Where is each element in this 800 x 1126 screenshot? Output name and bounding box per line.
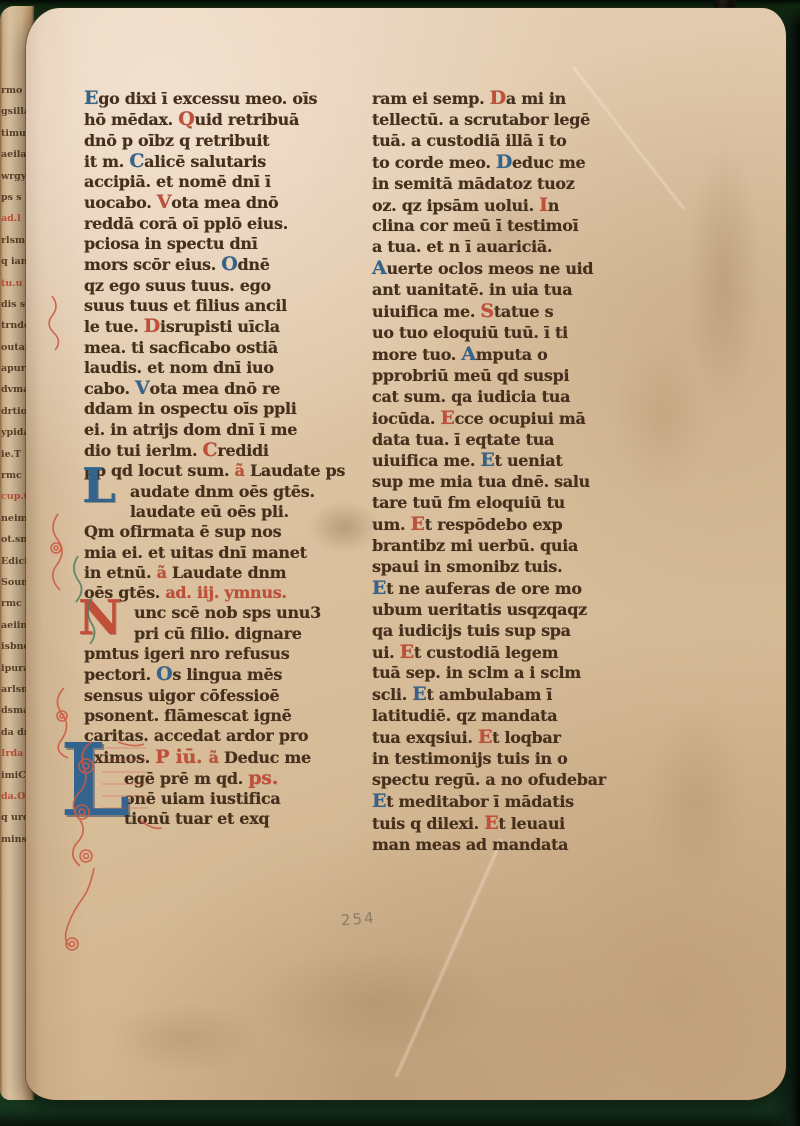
- manuscript-line: pp qd locut sum. ã Laudate ps: [84, 461, 372, 481]
- manuscript-line: oēs gtēs. ad. iij. ymnus.: [84, 583, 372, 603]
- text-segment: C: [129, 150, 144, 172]
- manuscript-line: man meas ad mandata: [372, 835, 668, 856]
- manuscript-line: reddā corā oī pplō eius.: [84, 214, 372, 234]
- text-segment: E: [484, 812, 498, 834]
- manuscript-line: scli. Et ambulabam ī: [372, 684, 668, 706]
- manuscript-line: laudate eū oēs pli.: [84, 502, 372, 522]
- manuscript-line: pri cū filio. dignare: [84, 624, 372, 644]
- text-segment: reddā corā oī pplō eius.: [84, 214, 288, 233]
- manuscript-line: pmtus igeri nro refusus: [84, 644, 372, 664]
- manuscript-line: uocabo. Vota mea dnō: [84, 192, 372, 213]
- manuscript-line: Qm ofirmata ē sup nos: [84, 522, 372, 542]
- text-segment: latitudiē. qz mandata: [372, 706, 557, 725]
- manuscript-line: mors scōr eius. Odnē: [84, 254, 372, 275]
- text-segment: Laudate dnm: [172, 563, 286, 582]
- text-segment: in etnū.: [84, 563, 157, 582]
- manuscript-line: accipiā. et nomē dnī ī: [84, 172, 372, 192]
- text-segment: more tuo.: [372, 345, 461, 364]
- manuscript-line: hō mēdax. Quid retribuā: [84, 109, 372, 130]
- text-segment: tellectū. a scrutabor legē: [372, 110, 590, 129]
- text-segment: D: [490, 87, 506, 109]
- manuscript-line: cat sum. qa iudicia tua: [372, 387, 668, 408]
- parchment-crease: [393, 838, 504, 1078]
- manuscript-line: um. Et respōdebo exp: [372, 514, 668, 536]
- text-segment: n: [548, 196, 559, 215]
- text-segment: sensus uigor cōfessioē: [84, 686, 279, 705]
- text-segment: ota mea dnō re: [149, 379, 280, 398]
- text-segment: ant uanitatē. in uia tua: [372, 280, 572, 299]
- text-segment: cabo.: [84, 379, 135, 398]
- manuscript-line: uiuifica me. Statue s: [372, 301, 668, 323]
- text-segment: mors scōr eius.: [84, 255, 221, 274]
- text-column-right: ram ei semp. Da mi intellectū. a scrutab…: [372, 88, 668, 856]
- manuscript-line: uo tuo eloquiū tuū. ī ti: [372, 323, 668, 344]
- text-segment: O: [221, 253, 237, 275]
- text-segment: E: [412, 683, 426, 705]
- parchment-stain: [206, 928, 546, 1078]
- manuscript-line: qz ego suus tuus. ego: [84, 276, 372, 296]
- manuscript-line: Et ne auferas de ore mo: [372, 578, 668, 600]
- text-segment: spaui in smonibz tuis.: [372, 557, 562, 576]
- text-segment: S: [480, 300, 493, 322]
- text-segment: a mi in: [506, 89, 566, 108]
- text-segment: isrupisti uīcla: [160, 317, 280, 336]
- text-segment: mputa o: [476, 345, 548, 364]
- text-segment: ã: [209, 748, 224, 767]
- text-segment: ã: [157, 563, 172, 582]
- manuscript-line: spectu regū. a no ofudebar: [372, 770, 668, 791]
- text-segment: data tua. ī eqtate tua: [372, 430, 554, 449]
- text-segment: suus tuus et filius ancil: [84, 296, 287, 315]
- text-segment: tuā sep. in sclm a i sclm: [372, 663, 581, 682]
- manuscript-line: more tuo. Amputa o: [372, 344, 668, 366]
- pencil-folio-number: 254: [340, 909, 376, 930]
- text-segment: laudis. et nom dnī iuo: [84, 358, 274, 377]
- text-segment: t leuaui: [498, 814, 565, 833]
- text-segment: tua exqsiui.: [372, 728, 478, 747]
- text-segment: A: [461, 343, 475, 365]
- text-segment: t loqbar: [492, 728, 560, 747]
- text-segment: in semitā mādatoz tuoz: [372, 174, 575, 193]
- text-segment: uiuifica me.: [372, 451, 480, 470]
- manuscript-line: mia ei. et uitas dnī manet: [84, 543, 372, 563]
- text-segment: unc scē nob sps unu3: [134, 603, 321, 622]
- text-segment: hō mēdax.: [84, 110, 178, 129]
- text-segment: ui.: [372, 643, 400, 662]
- manuscript-line: Ego dixi ī excessu meo. oīs: [84, 88, 372, 109]
- manuscript-line: tellectū. a scrutabor legē: [372, 110, 668, 131]
- manuscript-line: latitudiē. qz mandata: [372, 706, 668, 727]
- text-segment: E: [372, 790, 386, 812]
- manuscript-line: to corde meo. Deduc me: [372, 152, 668, 174]
- manuscript-line: ant uanitatē. in uia tua: [372, 280, 668, 301]
- text-segment: it m.: [84, 152, 129, 171]
- manuscript-photo: rmogsillatimuaeilatwrgyps sad.lrlsmq iam…: [0, 0, 800, 1126]
- text-segment: spectu regū. a no ofudebar: [372, 770, 606, 789]
- text-segment: Deduc me: [224, 748, 311, 767]
- manuscript-line: tuis q dilexi. Et leuaui: [372, 813, 668, 835]
- text-segment: E: [440, 407, 454, 429]
- text-segment: t ambulabam ī: [426, 685, 552, 704]
- manuscript-line: qa iudicijs tuis sup spa: [372, 621, 668, 642]
- text-column-left: Ego dixi ī excessu meo. oīshō mēdax. Qui…: [84, 88, 372, 830]
- manuscript-line: ui. Et custodiā legem: [372, 642, 668, 664]
- text-segment: E: [478, 726, 492, 748]
- text-segment: uiuifica me.: [372, 302, 480, 321]
- text-segment: ota mea dnō: [171, 193, 278, 212]
- manuscript-line: spaui in smonibz tuis.: [372, 557, 668, 578]
- text-segment: tare tuū fm eloquiū tu: [372, 493, 565, 512]
- text-segment: ps.: [248, 767, 278, 789]
- text-segment: oz. qz ipsām uolui.: [372, 196, 539, 215]
- text-segment: alicē salutaris: [144, 152, 266, 171]
- text-segment: E: [400, 641, 414, 663]
- text-segment: E: [480, 449, 494, 471]
- text-segment: t custodiā legem: [414, 643, 558, 662]
- manuscript-line: in testimonijs tuis in o: [372, 749, 668, 770]
- text-segment: sup me mia tua dnē. salu: [372, 472, 590, 491]
- text-segment: s lingua mēs: [172, 665, 282, 684]
- text-segment: t ueniat: [495, 451, 563, 470]
- text-segment: tionū tuar et exq: [124, 809, 269, 828]
- manuscript-line: le tue. Disrupisti uīcla: [84, 316, 372, 337]
- illuminated-initial-L-laudate: L: [82, 462, 116, 510]
- text-segment: E: [372, 577, 386, 599]
- text-segment: man meas ad mandata: [372, 835, 568, 854]
- text-segment: mia ei. et uitas dnī manet: [84, 543, 307, 562]
- text-segment: O: [156, 663, 172, 685]
- manuscript-line: Et meditabor ī mādatis: [372, 791, 668, 813]
- text-segment: laudate eū oēs pli.: [130, 502, 289, 521]
- text-segment: Q: [178, 108, 194, 130]
- text-segment: uid retribuā: [195, 110, 300, 129]
- text-segment: E: [84, 87, 98, 109]
- text-segment: mea. ti sacficabo ostiā: [84, 338, 278, 357]
- text-segment: t respōdebo exp: [425, 515, 563, 534]
- manuscript-line: dio tui ierlm. Credidi: [84, 440, 372, 461]
- manuscript-line: mea. ti sacficabo ostiā: [84, 338, 372, 358]
- manuscript-line: ei. in atrijs dom dnī ī me: [84, 420, 372, 440]
- text-segment: V: [135, 377, 149, 399]
- text-segment: qz ego suus tuus. ego: [84, 276, 271, 295]
- manuscript-line: pprobriū meū qd suspi: [372, 366, 668, 387]
- text-segment: t ne auferas de ore mo: [386, 579, 582, 598]
- manuscript-line: tua exqsiui. Et loqbar: [372, 727, 668, 749]
- text-segment: brantibz mi uerbū. quia: [372, 536, 578, 555]
- manuscript-line: laudis. et nom dnī iuo: [84, 358, 372, 378]
- manuscript-line: clina cor meū ī testimoī: [372, 216, 668, 237]
- manuscript-line: it m. Calicē salutaris: [84, 151, 372, 172]
- text-segment: cat sum. qa iudicia tua: [372, 387, 570, 406]
- illuminated-initial-N-nunc: N: [78, 594, 122, 642]
- text-segment: um.: [372, 515, 411, 534]
- manuscript-line: suus tuus et filius ancil: [84, 296, 372, 316]
- manuscript-line: in semitā mādatoz tuoz: [372, 174, 668, 195]
- text-segment: ubum ueritatis usqzqaqz: [372, 600, 587, 619]
- text-segment: I: [539, 194, 548, 216]
- manuscript-line: data tua. ī eqtate tua: [372, 430, 668, 451]
- text-segment: ei. in atrijs dom dnī ī me: [84, 420, 297, 439]
- text-segment: uo tuo eloquiū tuū. ī ti: [372, 323, 568, 342]
- text-segment: educ me: [512, 153, 585, 172]
- manuscript-line: tuā. a custodiā illā ī to: [372, 131, 668, 152]
- manuscript-line: sensus uigor cōfessioē: [84, 686, 372, 706]
- text-segment: onē uiam iustifica: [124, 789, 281, 808]
- manuscript-line: audate dnm oēs gtēs.: [84, 482, 372, 502]
- text-segment: a tua. et n ī auariciā.: [372, 237, 552, 256]
- text-segment: accipiā. et nomē dnī ī: [84, 172, 271, 191]
- manuscript-line: uiuifica me. Et ueniat: [372, 450, 668, 472]
- manuscript-line: pectori. Os lingua mēs: [84, 664, 372, 685]
- text-segment: Qm ofirmata ē sup nos: [84, 522, 281, 541]
- text-segment: tuis q dilexi.: [372, 814, 484, 833]
- manuscript-line: dnō p oībz q retribuit: [84, 131, 372, 151]
- text-segment: uerte oclos meos ne uid: [386, 259, 593, 278]
- text-segment: A: [372, 257, 386, 279]
- text-segment: egē prē m qd.: [124, 769, 248, 788]
- text-segment: pciosa in spectu dnī: [84, 234, 258, 253]
- text-segment: ram ei semp.: [372, 89, 490, 108]
- text-segment: go dixi ī excessu meo. oīs: [98, 89, 317, 108]
- text-segment: redidi: [217, 441, 268, 460]
- manuscript-line: iocūda. Ecce ocupiui mā: [372, 408, 668, 430]
- text-segment: E: [411, 513, 425, 535]
- text-segment: V: [157, 191, 171, 213]
- text-segment: pmtus igeri nro refusus: [84, 644, 289, 663]
- parchment-stain: [674, 98, 774, 458]
- manuscript-line: tare tuū fm eloquiū tu: [372, 493, 668, 514]
- text-segment: ad. iij. ymnus.: [165, 583, 286, 602]
- text-segment: ã: [235, 461, 250, 480]
- text-segment: dnō p oībz q retribuit: [84, 131, 269, 150]
- text-segment: tatue s: [494, 302, 553, 321]
- text-segment: D: [496, 151, 512, 173]
- text-segment: pectori.: [84, 665, 156, 684]
- text-segment: audate dnm oēs gtēs.: [130, 482, 315, 501]
- text-segment: cce ocupiui mā: [455, 409, 586, 428]
- text-segment: tuā. a custodiā illā ī to: [372, 131, 567, 150]
- text-segment: clina cor meū ī testimoī: [372, 216, 578, 235]
- text-segment: Laudate ps: [250, 461, 345, 480]
- text-segment: pprobriū meū qd suspi: [372, 366, 569, 385]
- text-segment: C: [203, 439, 218, 461]
- text-segment: t meditabor ī mādatis: [386, 792, 574, 811]
- text-segment: iocūda.: [372, 409, 440, 428]
- manuscript-line: brantibz mi uerbū. quia: [372, 536, 668, 557]
- manuscript-line: pciosa in spectu dnī: [84, 234, 372, 254]
- manuscript-line: oz. qz ipsām uolui. In: [372, 195, 668, 217]
- manuscript-line: unc scē nob sps unu3: [84, 603, 372, 623]
- text-segment: P iū.: [155, 746, 208, 768]
- text-segment: pri cū filio. dignare: [134, 624, 302, 643]
- manuscript-line: ddam in ospectu oīs ppli: [84, 399, 372, 419]
- manuscript-line: ubum ueritatis usqzqaqz: [372, 600, 668, 621]
- manuscript-line: sup me mia tua dnē. salu: [372, 472, 668, 493]
- text-segment: in testimonijs tuis in o: [372, 749, 567, 768]
- manuscript-line: ram ei semp. Da mi in: [372, 88, 668, 110]
- text-segment: D: [144, 315, 160, 337]
- parchment-stain: [74, 988, 294, 1088]
- manuscript-line: in etnū. ã Laudate dnm: [84, 563, 372, 583]
- text-segment: to corde meo.: [372, 153, 496, 172]
- text-segment: scli.: [372, 685, 412, 704]
- text-segment: dnē: [238, 255, 270, 274]
- manuscript-line: a tua. et n ī auariciā.: [372, 237, 668, 258]
- text-segment: ddam in ospectu oīs ppli: [84, 399, 297, 418]
- illuminated-initial-L-legem: L: [60, 730, 130, 830]
- text-segment: uocabo.: [84, 193, 157, 212]
- text-segment: qa iudicijs tuis sup spa: [372, 621, 571, 640]
- text-segment: le tue.: [84, 317, 144, 336]
- manuscript-line: tuā sep. in sclm a i sclm: [372, 663, 668, 684]
- manuscript-line: cabo. Vota mea dnō re: [84, 378, 372, 399]
- manuscript-line: Auerte oclos meos ne uid: [372, 258, 668, 280]
